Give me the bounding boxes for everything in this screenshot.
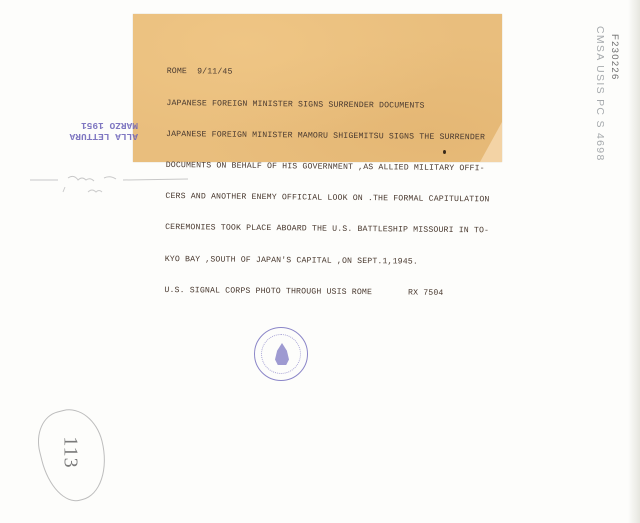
received-stamp: ALLA LETTURA MARZO 1951 [28,114,138,142]
caption-line: CEREMONIES TOOK PLACE ABOARD THE U.S. BA… [165,223,495,237]
caption-text: ROME 9/11/45 JAPANESE FOREIGN MINISTER S… [164,46,497,321]
caption-slip: ROME 9/11/45 JAPANESE FOREIGN MINISTER S… [133,14,502,162]
round-library-stamp [254,327,308,381]
caption-line: JAPANESE FOREIGN MINISTER MAMORU SHIGEMI… [166,130,496,144]
page-edge-shadow [628,0,640,523]
ink-speck [443,150,446,154]
folded-corner [480,122,502,162]
caption-credit: U.S. SIGNAL CORPS PHOTO THROUGH USIS ROM… [164,286,372,297]
inventory-number: F230226 [609,34,620,81]
caption-headline: JAPANESE FOREIGN MINISTER SIGNS SURRENDE… [166,99,496,113]
caption-code: RX 7504 [408,288,444,297]
received-stamp-line2: MARZO 1951 [28,120,138,131]
received-stamp-line1: ALLA LETTURA [28,131,138,142]
caption-line: KYO BAY ,SOUTH OF JAPAN'S CAPITAL ,ON SE… [165,255,495,269]
collection-reference: CMSA USIS PC S 4698 [594,26,606,162]
pencil-scribble-icon [28,168,198,198]
caption-line: DOCUMENTS ON BEHALF OF HIS GOVERNMENT ,A… [166,161,496,175]
caption-line: CERS AND ANOTHER ENEMY OFFICIAL LOOK ON … [165,192,495,206]
caption-dateline: ROME 9/11/45 [167,67,497,81]
pencil-note [28,168,198,198]
caption-credit-line: U.S. SIGNAL CORPS PHOTO THROUGH USIS ROM… [164,286,494,300]
handwritten-number: 113 [59,436,82,468]
